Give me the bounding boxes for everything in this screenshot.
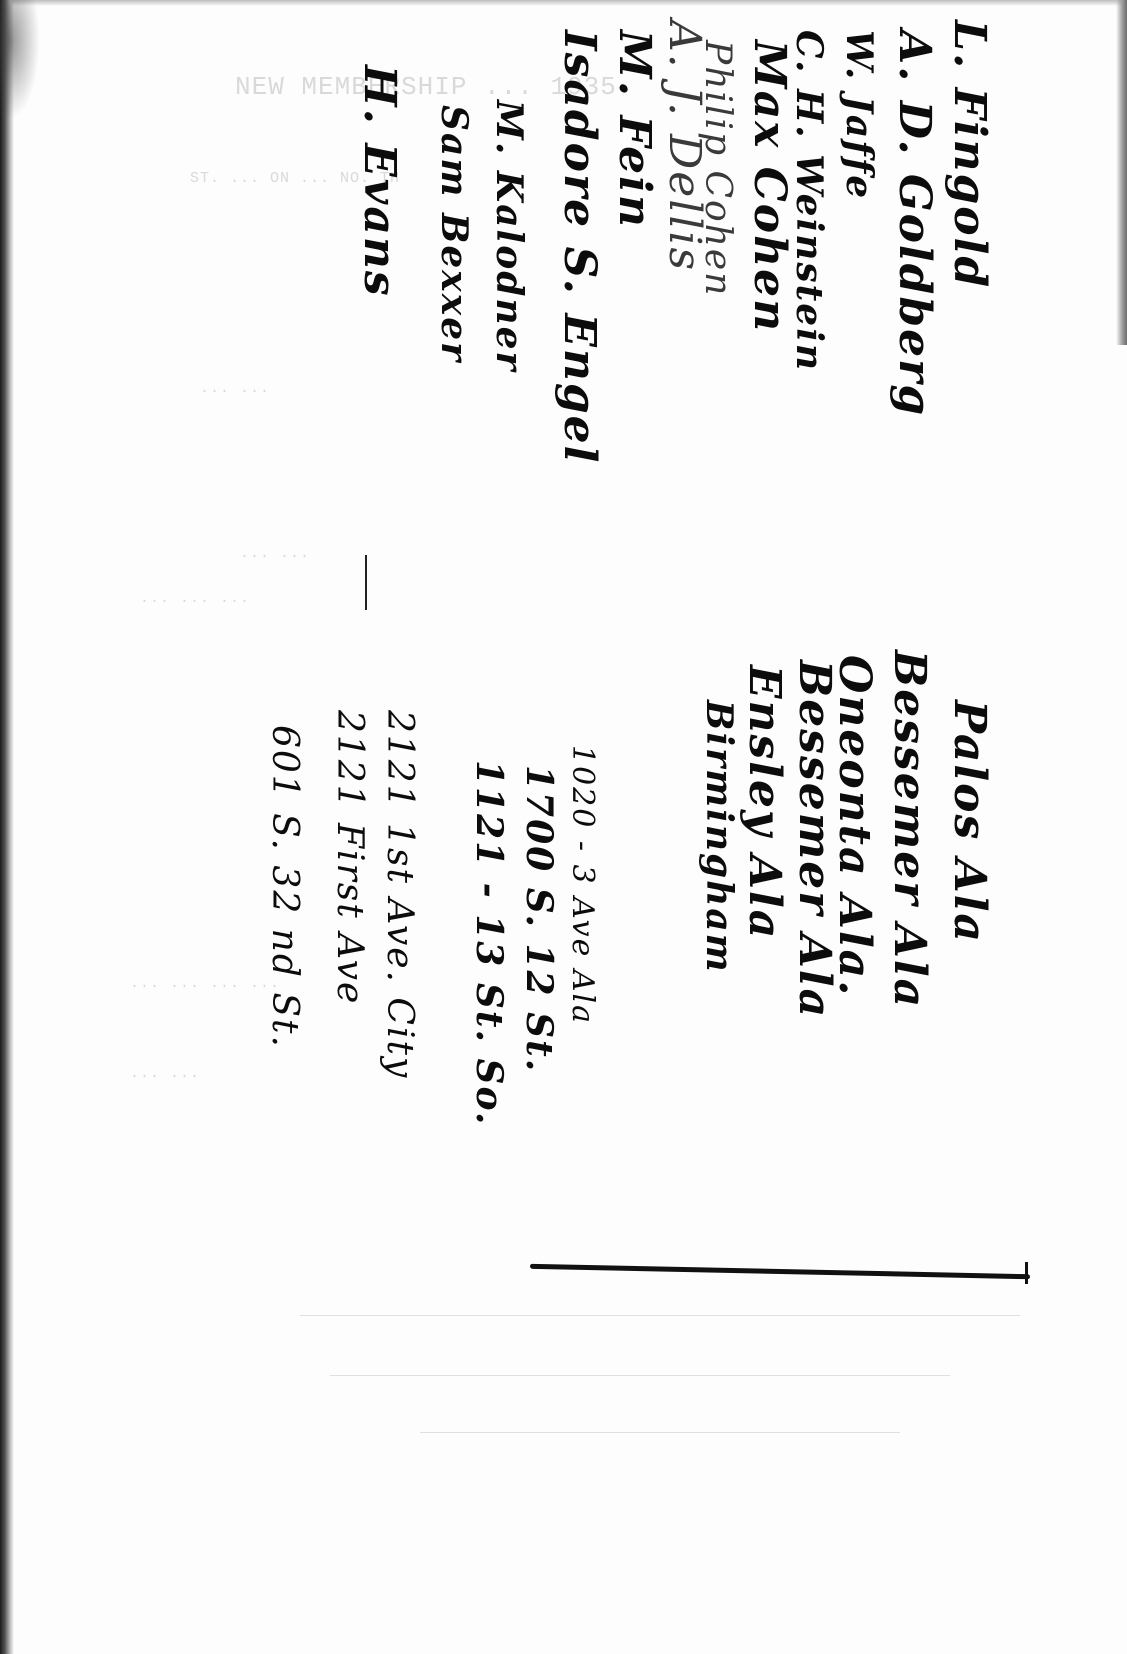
page-left-edge	[0, 0, 14, 1654]
address-entry: 1020 - 3 Ave Ala	[565, 745, 600, 1025]
ghost-line: ... ... ...	[140, 590, 250, 607]
faint-form-rule	[300, 1315, 1020, 1316]
address-entry: 2121 First Ave	[329, 710, 370, 1005]
name-entry: Sam Bexxer	[433, 105, 475, 363]
page-right-edge	[1116, 0, 1127, 345]
scanned-page: NEW MEMBERSHIP ... 1935 ST. ... ON ... N…	[0, 0, 1127, 1654]
address-entry: Birmingham	[698, 700, 740, 974]
ghost-line: ... ... ... ...	[130, 975, 280, 992]
ghost-line: ... ...	[240, 545, 310, 562]
address-entry: 1700 S. 12 St.	[518, 765, 560, 1073]
ghost-line: ... ...	[130, 1065, 200, 1082]
address-entry: Bessemer Ala	[789, 660, 840, 1019]
address-entry: 601 S. 32 nd St.	[264, 725, 305, 1049]
ghost-line: ... ...	[200, 380, 270, 397]
name-entry: Max Cohen	[744, 40, 795, 333]
scan-smudge	[0, 0, 40, 120]
address-entry: Ensley Ala	[739, 665, 790, 940]
name-entry: H. Evans	[354, 65, 405, 298]
name-entry: A. D. Goldberg	[889, 30, 940, 417]
faint-form-rule	[420, 1432, 900, 1433]
name-entry: M. Kalodner	[488, 100, 530, 372]
closing-pen-stroke	[530, 1264, 1030, 1279]
name-entry: M. Fein	[609, 30, 660, 229]
name-entry: A. J. Dellis	[659, 20, 710, 272]
name-entry: L. Fingold	[944, 20, 995, 289]
closing-pen-tick	[1025, 1262, 1028, 1284]
address-entry: 2121 1st Ave. City	[379, 710, 420, 1079]
page-top-edge	[0, 0, 1127, 6]
faint-form-rule	[330, 1375, 950, 1376]
address-entry: 1121 - 13 St. So.	[468, 760, 510, 1126]
address-entry: Palos Ala	[944, 700, 995, 944]
name-entry: Isadore S. Engel	[554, 30, 605, 464]
address-entry: Bessemer Ala	[884, 650, 935, 1009]
column-divider-mark	[365, 555, 367, 610]
name-entry: W. Jaffe	[838, 30, 880, 200]
